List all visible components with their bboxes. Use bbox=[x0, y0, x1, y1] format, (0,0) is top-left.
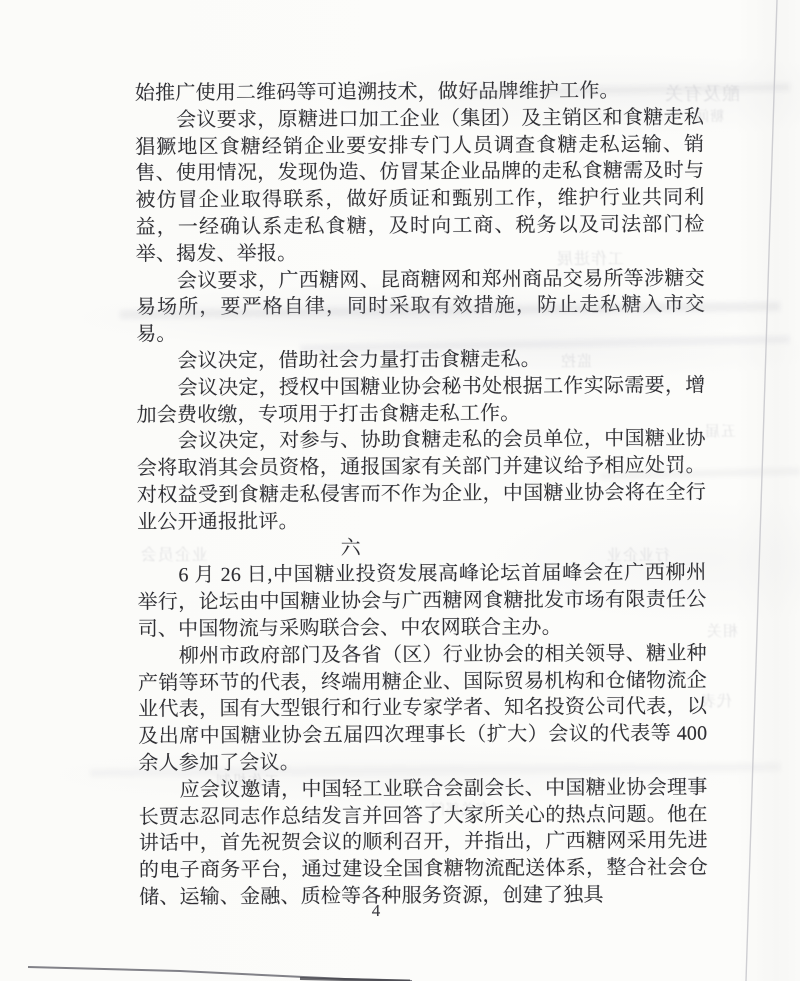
bleed-through-smudge: 工作进展 bbox=[556, 246, 624, 269]
bleed-through-smudge: 糖闻 bbox=[694, 106, 724, 126]
bleed-through-smudge: 行业企业 bbox=[606, 544, 670, 565]
paragraph: 6 月 26 日,中国糖业投资发展高峰论坛首届峰会在广西柳州举行，论坛由中国糖业… bbox=[137, 560, 706, 643]
bleed-through-smudge: 监控 bbox=[560, 350, 592, 371]
paragraph: 会议决定，对参与、协助食糖走私的会员单位，中国糖业协会将取消其会员资格，通报国家… bbox=[137, 426, 707, 536]
page-right-edge-line bbox=[746, 0, 777, 981]
bleed-through-smudge: 五届 bbox=[704, 420, 736, 441]
paragraph: 会议决定，借助社会力量打击食糖走私。 bbox=[136, 345, 705, 375]
paragraph: 应会议邀请，中国轻工业联合会副会长、中国糖业协会理事长贾志忍同志作总结发言并回答… bbox=[138, 774, 708, 911]
bleed-through-smudge: 有关部门 bbox=[430, 799, 490, 819]
paragraph: 始推广使用二维码等可追溯技术，做好品牌维护工作。 bbox=[135, 78, 704, 108]
bleed-through-smudge: 业企员会 bbox=[140, 542, 208, 565]
bleed-through-smudge: 工作机制 bbox=[215, 770, 279, 791]
scanned-document-page: 始推广使用二维码等可追溯技术，做好品牌维护工作。 会议要求，原糖进口加工企业（集… bbox=[0, 0, 800, 981]
bleed-through-smudge: 相关 bbox=[706, 620, 738, 641]
paragraph: 会议决定，授权中国糖业协会秘书处根据工作实际需要，增加会费收缴，专项用于打击食糖… bbox=[136, 372, 705, 429]
paragraph: 会议要求，原糖进口加工企业（集团）及主销区和食糖走私猖獗地区食糖经销企业要安排专… bbox=[135, 104, 705, 268]
page-number: 4 bbox=[346, 901, 406, 921]
paragraph: 会议要求，广西糖网、昆商糖网和郑州商品交易所等涉糖交易场所，要严格自律，同时采取… bbox=[136, 265, 705, 348]
paragraph: 柳州市政府部门及各省（区）行业协会的相关领导、糖业种产销等环节的代表，终端用糖企… bbox=[138, 640, 708, 777]
bleed-through-smudge: 代表 bbox=[700, 690, 732, 711]
page-bottom-edge-line bbox=[28, 967, 412, 981]
bleed-through-smudge: 酿及有关 bbox=[664, 80, 740, 106]
